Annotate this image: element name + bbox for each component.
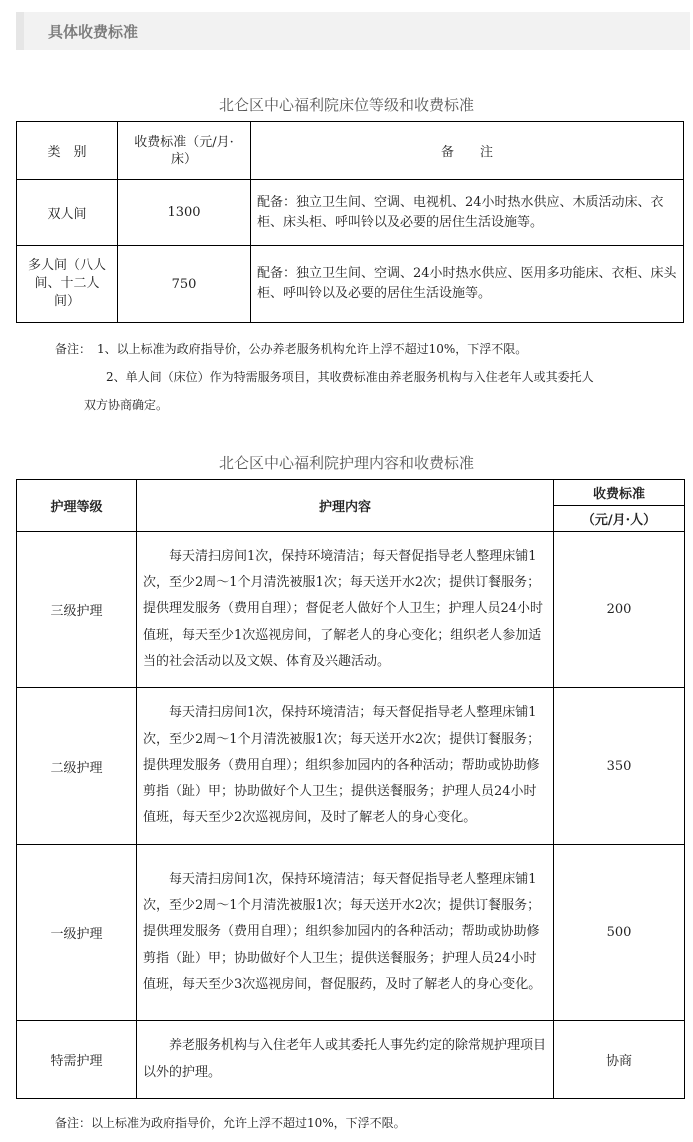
row-content: 养老服务机构与入住老年人或其委托人事先约定的除常规护理项目以外的护理。 [137, 1021, 554, 1099]
row-level: 一级护理 [17, 845, 137, 1021]
section-header: 具体收费标准 [16, 12, 690, 50]
table-header-row: 护理等级 护理内容 收费标准 [17, 480, 685, 506]
row-fee: 750 [118, 246, 251, 323]
row-category: 多人间（八人间、十二人间） [17, 246, 118, 323]
row-fee: 350 [554, 688, 685, 845]
header-fee-unit: （元/月·人） [554, 506, 685, 532]
table-row: 三级护理 每天清扫房间1次，保持环境清洁；每天督促指导老人整理床铺1次，至少2周… [17, 532, 685, 688]
row-content: 每天清扫房间1次，保持环境清洁；每天督促指导老人整理床铺1次，至少2周～1个月清… [137, 532, 554, 688]
row-fee: 1300 [118, 180, 251, 246]
row-fee: 500 [554, 845, 685, 1021]
table-row: 多人间（八人间、十二人间） 750 配备：独立卫生间、空调、24小时热水供应、医… [17, 246, 684, 323]
header-fee: 收费标准 [554, 480, 685, 506]
care-table-title: 北仑区中心福利院护理内容和收费标准 [0, 452, 693, 473]
bed-table-title: 北仑区中心福利院床位等级和收费标准 [0, 94, 693, 115]
row-remark: 配备：独立卫生间、空调、电视机、24小时热水供应、木质活动床、衣柜、床头柜、呼叫… [251, 180, 684, 246]
care-fee-table: 护理等级 护理内容 收费标准 （元/月·人） 三级护理 每天清扫房间1次，保持环… [16, 479, 685, 1099]
table-header-row: 类 别 收费标准（元/月·床） 备 注 [17, 122, 684, 180]
care-note: 备注：以上标准为政府指导价，允许上浮不超过10%，下浮不限。 [55, 1114, 406, 1131]
table-row: 一级护理 每天清扫房间1次，保持环境清洁；每天督促指导老人整理床铺1次，至少2周… [17, 845, 685, 1021]
table-row: 双人间 1300 配备：独立卫生间、空调、电视机、24小时热水供应、木质活动床、… [17, 180, 684, 246]
header-fee: 收费标准（元/月·床） [118, 122, 251, 180]
bed-fee-table: 类 别 收费标准（元/月·床） 备 注 双人间 1300 配备：独立卫生间、空调… [16, 121, 684, 323]
bed-note-2: 2、单人间（床位）作为特需服务项目，其收费标准由养老服务机构与入住老年人或其委托… [106, 368, 594, 385]
row-remark: 配备：独立卫生间、空调、24小时热水供应、医用多功能床、衣柜、床头柜、呼叫铃以及… [251, 246, 684, 323]
table-row: 二级护理 每天清扫房间1次，保持环境清洁；每天督促指导老人整理床铺1次，至少2周… [17, 688, 685, 845]
row-category: 双人间 [17, 180, 118, 246]
row-content: 每天清扫房间1次，保持环境清洁；每天督促指导老人整理床铺1次，至少2周～1个月清… [137, 688, 554, 845]
table-row: 特需护理 养老服务机构与入住老年人或其委托人事先约定的除常规护理项目以外的护理。… [17, 1021, 685, 1099]
header-level: 护理等级 [17, 480, 137, 532]
row-fee: 200 [554, 532, 685, 688]
header-content: 护理内容 [137, 480, 554, 532]
bed-note-3: 双方协商确定。 [84, 396, 168, 413]
header-category: 类 别 [17, 122, 118, 180]
row-level: 三级护理 [17, 532, 137, 688]
row-level: 二级护理 [17, 688, 137, 845]
bed-note-1: 备注： 1、以上标准为政府指导价，公办养老服务机构允许上浮不超过10%，下浮不限… [55, 340, 527, 357]
row-level: 特需护理 [17, 1021, 137, 1099]
row-fee: 协商 [554, 1021, 685, 1099]
section-title: 具体收费标准 [48, 21, 138, 42]
header-remark: 备 注 [251, 122, 684, 180]
row-content: 每天清扫房间1次，保持环境清洁；每天督促指导老人整理床铺1次，至少2周～1个月清… [137, 845, 554, 1021]
